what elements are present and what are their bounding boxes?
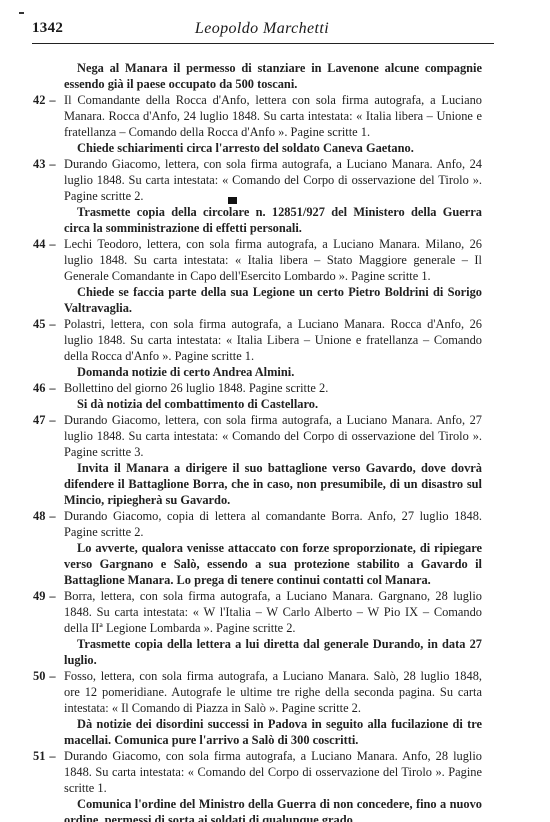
catalog-entry: 46– Bollettino del giorno 26 luglio 1848… [0, 380, 482, 396]
entry-summary: Lo avverte, qualora venisse attaccato co… [0, 540, 482, 588]
entry-description: Bollettino del giorno 26 luglio 1848. Pa… [64, 381, 328, 395]
entry-number: 49– [33, 588, 56, 604]
entry-number: 48– [33, 508, 56, 524]
entry-description: Polastri, lettera, con sola firma autogr… [64, 317, 482, 363]
entry-summary: Chiede schiarimenti circa l'arresto del … [0, 140, 482, 156]
catalog-entry: 49– Borra, lettera, con sola firma autog… [0, 588, 482, 636]
entry-description: Durando Giacomo, lettera, con sola firma… [64, 413, 482, 459]
entry-description: Durando Giacomo, con sola firma autograf… [64, 749, 482, 795]
catalog-entry: 51– Durando Giacomo, con sola firma auto… [0, 748, 482, 796]
entry-description: Lechi Teodoro, lettera, con sola firma a… [64, 237, 482, 283]
header-rule [32, 43, 494, 44]
catalog-entry: 43– Durando Giacomo, lettera, con sola f… [0, 156, 482, 204]
entry-number: 42– [33, 92, 56, 108]
document-body: Nega al Manara il permesso di stanziare … [0, 60, 550, 822]
entry-number: 43– [33, 156, 56, 172]
catalog-entry: 44– Lechi Teodoro, lettera, con sola fir… [0, 236, 482, 284]
catalog-entry: 45– Polastri, lettera, con sola firma au… [0, 316, 482, 364]
entry-summary: Trasmette copia della lettera a lui dire… [0, 636, 482, 668]
entry-number: 47– [33, 412, 56, 428]
entry-number: 50– [33, 668, 56, 684]
entry-summary: Invita il Manara a dirigere il suo batta… [0, 460, 482, 508]
catalog-entry: 42– Il Comandante della Rocca d'Anfo, le… [0, 92, 482, 140]
entry-summary: Dà notizie dei disordini successi in Pad… [0, 716, 482, 748]
catalog-entry: 47– Durando Giacomo, lettera, con sola f… [0, 412, 482, 460]
page-header: 1342 Leopoldo Marchetti [32, 18, 492, 44]
entry-summary: Comunica l'ordine del Ministro della Gue… [0, 796, 482, 822]
entry-description: Il Comandante della Rocca d'Anfo, letter… [64, 93, 482, 139]
entry-number: 46– [33, 380, 56, 396]
entry-description: Fosso, lettera, con sola firma autografa… [64, 669, 482, 715]
catalog-entry: 50– Fosso, lettera, con sola firma autog… [0, 668, 482, 716]
entry-summary: Si dà notizia del combattimento di Caste… [0, 396, 482, 412]
entry-summary: Chiede se faccia parte della sua Legione… [0, 284, 482, 316]
entry-description: Borra, lettera, con sola firma autografa… [64, 589, 482, 635]
intro-paragraph: Nega al Manara il permesso di stanziare … [0, 60, 482, 92]
running-title: Leopoldo Marchetti [32, 20, 492, 38]
entry-number: 45– [33, 316, 56, 332]
entry-description: Durando Giacomo, copia di lettera al com… [64, 509, 482, 539]
entry-summary: Trasmette copia della circolare n. 12851… [0, 204, 482, 236]
entry-summary: Domanda notizie di certo Andrea Almini. [0, 364, 482, 380]
entry-number: 51– [33, 748, 56, 764]
entry-number: 44– [33, 236, 56, 252]
catalog-entry: 48– Durando Giacomo, copia di lettera al… [0, 508, 482, 540]
document-page: 1342 Leopoldo Marchetti Nega al Manara i… [0, 0, 550, 822]
scan-speck [19, 12, 24, 14]
entry-description: Durando Giacomo, lettera, con sola firma… [64, 157, 482, 203]
